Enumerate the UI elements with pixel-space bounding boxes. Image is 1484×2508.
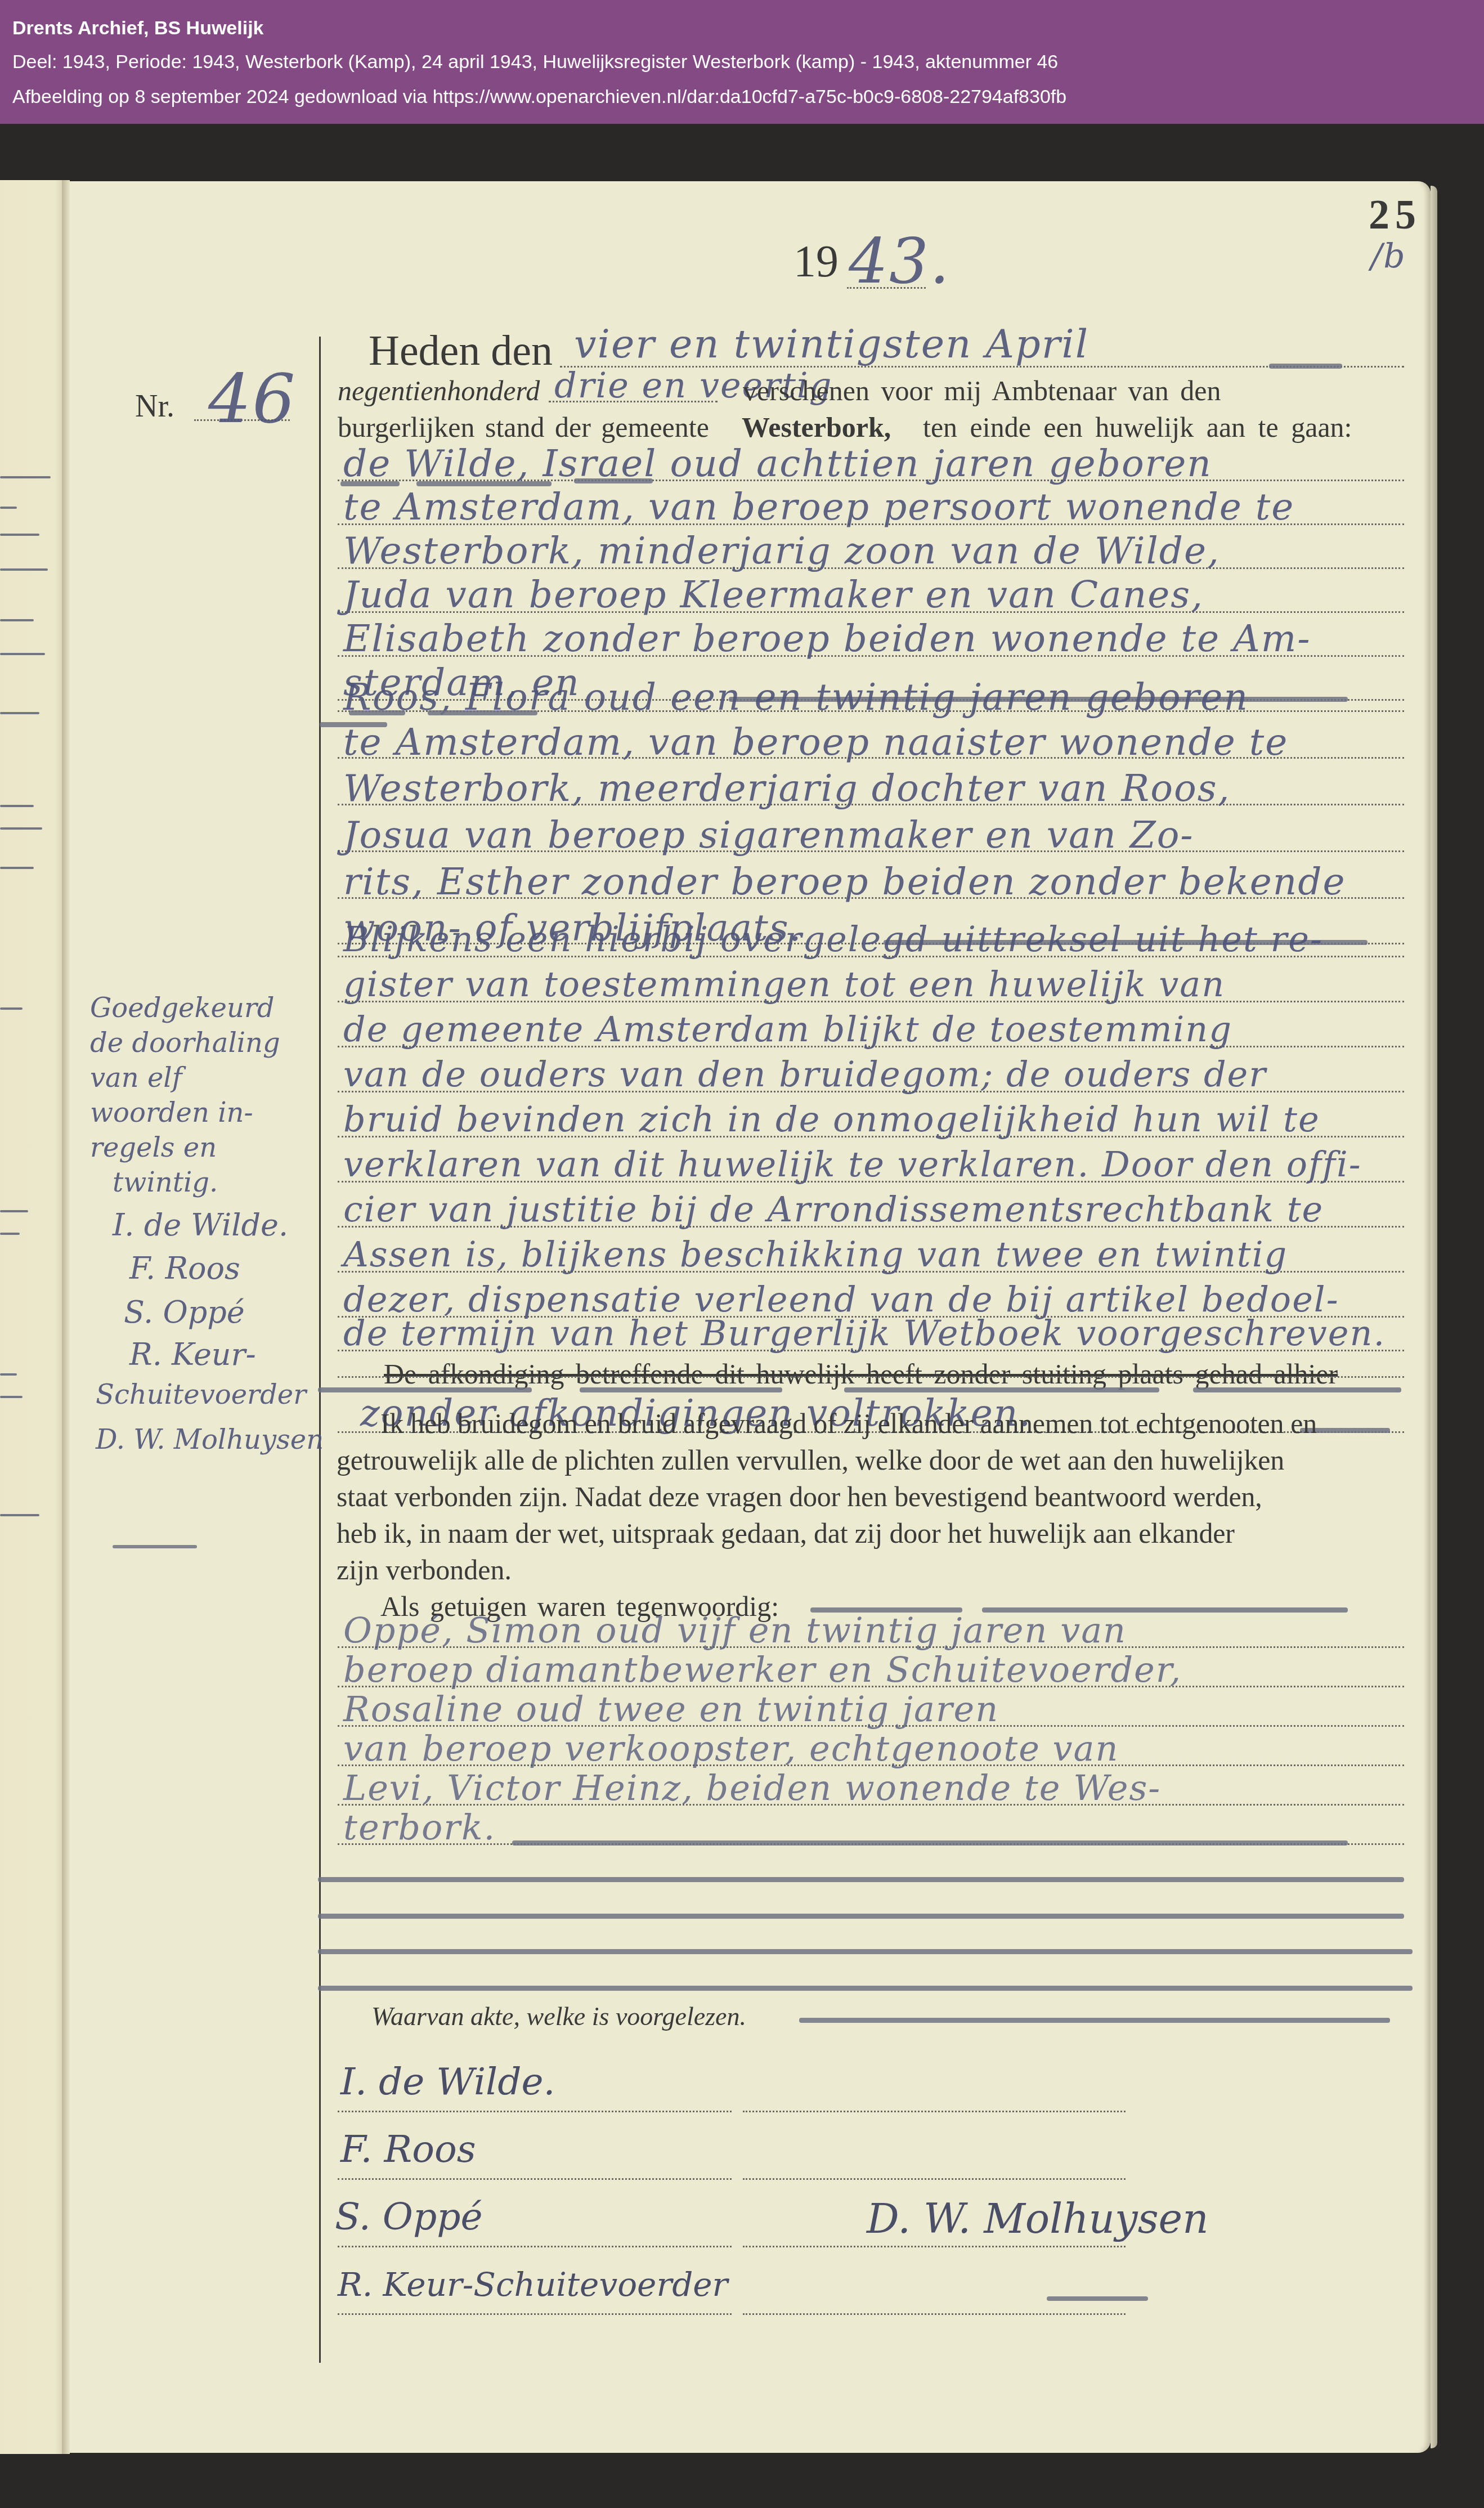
underline-given-name <box>574 478 653 483</box>
underline-surname <box>349 710 405 715</box>
witness-signature: R. Keur-Schuitevoerder <box>338 2265 728 2304</box>
bride-line: Westerbork, meerderjarig dochter van Roo… <box>343 767 1231 810</box>
bride-signature: F. Roos <box>340 2128 476 2171</box>
witness-line: terbork. <box>343 1807 496 1848</box>
official-signature: D. W. Molhuysen <box>867 2195 1209 2242</box>
previous-page-ink <box>0 1514 39 1516</box>
groom-line: Westerbork, minderjarig zoon van de Wild… <box>343 529 1220 572</box>
previous-page-ink <box>0 1373 17 1376</box>
witness-line: Levi, Victor Heinz, beiden wonende te We… <box>343 1767 1161 1808</box>
record-details: Deel: 1943, Periode: 1943, Westerbork (K… <box>12 51 1058 73</box>
previous-page-ink <box>0 1233 20 1235</box>
previous-page-ink <box>0 653 45 655</box>
consent-line: gister van toestemmingen tot een huwelij… <box>343 964 1225 1005</box>
closing-text: Waarvan akte, welke is voorgelezen. <box>371 2001 746 2031</box>
signature-line <box>743 2246 1126 2247</box>
previous-page-ink <box>0 619 34 621</box>
groom-line: Juda van beroep Kleermaker en van Canes, <box>343 573 1204 616</box>
previous-page-ink <box>0 534 39 536</box>
signature-line <box>743 2178 1126 2180</box>
line-filler <box>1193 1387 1401 1392</box>
consent-line: bruid bevinden zich in de onmogelijkheid… <box>343 1099 1320 1140</box>
year-words-label: negentienhonderd <box>338 374 540 407</box>
folio-mark: /b <box>1371 236 1406 276</box>
witness-signature: S. Oppé <box>335 2195 483 2238</box>
margin-note-line: woorden in- <box>90 1095 326 1130</box>
year-printed: 19 <box>793 236 839 288</box>
witness-line: Rosaline oud twee en twintig jaren <box>343 1689 999 1730</box>
previous-page-ink <box>0 507 17 509</box>
previous-page-edge <box>0 180 69 2454</box>
line-filler <box>580 1387 782 1392</box>
archive-header-banner: Drents Archief, BS Huwelijk Deel: 1943, … <box>0 0 1484 124</box>
witness-line: van beroep verkoopster, echtgenoote van <box>343 1728 1119 1769</box>
blank-line-filler <box>318 1914 1404 1919</box>
margin-note-line: Goedgekeurd <box>90 991 326 1025</box>
margin-divider <box>319 337 321 2363</box>
consent-line: cier van justitie bij de Arrondissements… <box>343 1189 1324 1230</box>
bride-line: rits, Esther zonder beroep beiden zonder… <box>343 860 1346 903</box>
act-number-value: 46 <box>208 360 297 438</box>
consent-line: de termijn van het Burgerlijk Wetboek vo… <box>343 1313 1386 1354</box>
ceremony-line: heb ik, in naam der wet, uitspraak gedaa… <box>337 1517 1235 1549</box>
struck-announcement-text: De afkondiging betreffende dit huwelijk … <box>384 1358 1338 1390</box>
margin-signature: Schuitevoerder <box>96 1379 306 1410</box>
page-number: 25 <box>1369 191 1422 239</box>
groom-line: te Amsterdam, van beroep persoort wonend… <box>343 485 1294 529</box>
previous-page-ink <box>0 1007 23 1010</box>
book-gutter <box>62 180 70 2454</box>
line-filler <box>512 1840 1348 1846</box>
groom-signature: I. de Wilde. <box>340 2060 555 2103</box>
page-stack-edge <box>1431 186 1437 2448</box>
groom-line: de Wilde, Israel oud achttien jaren gebo… <box>343 442 1212 485</box>
previous-page-ink <box>0 1396 23 1398</box>
municipality-name: Westerbork, <box>742 411 891 444</box>
groom-line: Elisabeth zonder beroep beiden wonende t… <box>343 617 1311 660</box>
signature-line <box>743 2111 1126 2112</box>
intro-heden-den: Heden den <box>369 326 553 375</box>
margin-signature: I. de Wilde. <box>113 1207 288 1243</box>
consent-line: van de ouders van den bruidegom; de oude… <box>343 1054 1267 1095</box>
witness-line: Oppé, Simon oud vijf en twintig jaren va… <box>343 1610 1127 1651</box>
signature-line <box>743 2313 1126 2315</box>
witness-line: beroep diamantbewerker en Schuitevoerder… <box>343 1649 1182 1690</box>
underline-given-name <box>428 710 537 715</box>
municipality-text: burgerlijken stand der gemeente <box>338 411 709 444</box>
line-filler <box>799 2018 1390 2023</box>
blank-line-filler <box>318 1877 1404 1882</box>
year-handwritten: 43. <box>849 225 951 297</box>
previous-page-ink <box>0 476 51 478</box>
previous-page-ink <box>0 1210 28 1212</box>
previous-page-ink <box>0 867 34 869</box>
margin-note-line: regels en <box>90 1130 326 1165</box>
ceremony-line: getrouwelijk alle de plichten zullen ver… <box>337 1444 1284 1476</box>
margin-signature: R. Keur- <box>129 1337 256 1372</box>
margin-signature: D. W. Molhuysen <box>96 1424 324 1455</box>
purpose-text: ten einde een huwelijk aan te gaan: <box>923 411 1352 444</box>
signature-line <box>338 2178 732 2180</box>
signature-line <box>338 2246 732 2247</box>
line-filler <box>844 1387 1159 1392</box>
margin-note-line: de doorhaling <box>90 1025 326 1060</box>
ruled-line <box>338 1376 1404 1378</box>
intro-label: Heden den <box>369 327 553 374</box>
previous-page-ink <box>0 568 48 571</box>
consent-line: verklaren van dit huwelijk te verklaren.… <box>343 1144 1362 1185</box>
ceremony-line: zijn verbonden. <box>337 1553 512 1586</box>
ceremony-line: Ik heb bruidegom en bruid afgevraagd of … <box>380 1407 1317 1440</box>
previous-page-ink <box>0 712 39 714</box>
margin-signature: S. Oppé <box>124 1295 245 1330</box>
line-filler <box>1269 364 1342 369</box>
ceremony-line: staat verbonden zijn. Nadat deze vragen … <box>337 1480 1262 1513</box>
consent-line: de gemeente Amsterdam blijkt de toestemm… <box>343 1009 1232 1050</box>
appeared-text: verschenen voor mij Ambtenaar van den <box>743 374 1221 407</box>
consent-line: Blijkens een hierbij overgelegd uittreks… <box>343 919 1323 960</box>
official-signature-flourish <box>1047 2296 1148 2301</box>
margin-note-line: van elf <box>90 1060 326 1095</box>
margin-flourish <box>113 1545 197 1548</box>
bride-line: te Amsterdam, van beroep naaister wonend… <box>343 720 1288 764</box>
act-number-label: Nr. <box>135 388 174 424</box>
previous-page-ink <box>0 827 42 830</box>
signature-line <box>338 2111 732 2112</box>
previous-page-ink <box>0 805 34 807</box>
margin-signature: F. Roos <box>129 1251 240 1286</box>
margin-approval-note: Goedgekeurd de doorhaling van elf woorde… <box>90 991 326 1200</box>
blank-line-filler <box>318 1949 1413 1954</box>
margin-note-line: twintig. <box>90 1165 326 1200</box>
blank-line-filler <box>318 1986 1413 1991</box>
bride-line: Josua van beroep sigarenmaker en van Zo- <box>343 813 1194 857</box>
line-filler <box>318 1387 532 1392</box>
date-handwritten: vier en twintigsten April <box>574 321 1089 367</box>
download-source: Afbeelding op 8 september 2024 gedownloa… <box>12 86 1066 108</box>
archive-title: Drents Archief, BS Huwelijk <box>12 17 264 39</box>
consent-line: Assen is, blijkens beschikking van twee … <box>343 1234 1288 1275</box>
signature-line <box>338 2313 732 2315</box>
